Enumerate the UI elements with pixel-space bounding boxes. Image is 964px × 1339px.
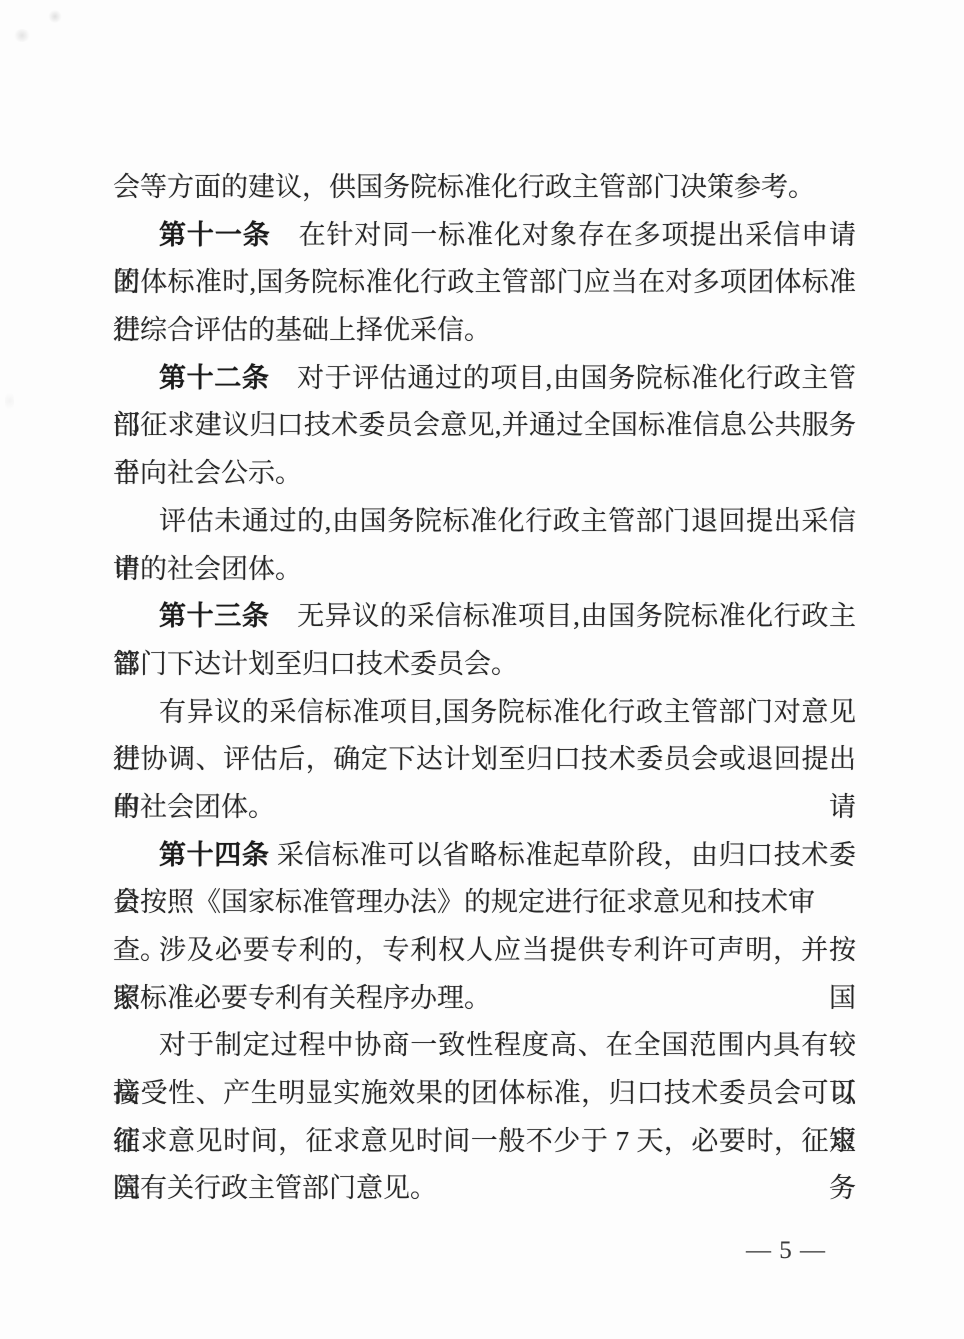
scan-artifact xyxy=(13,29,31,42)
text-line: 第十二条 对于评估通过的项目,由国务院标准化行政主管部 xyxy=(113,355,856,403)
text-line: 门征求建议归口技术委员会意见,并通过全国标准信息公共服务平 xyxy=(113,402,856,450)
text-line: 行协调、评估后，确定下达计划至归口技术委员会或退回提出申请 xyxy=(113,736,856,784)
text-line: 接受性、产生明显实施效果的团体标准，归口技术委员会可以缩短 xyxy=(113,1070,856,1118)
text-line: 行综合评估的基础上择优采信。 xyxy=(113,307,856,355)
text-line: 团体标准时,国务院标准化行政主管部门应当在对多项团体标准进 xyxy=(113,259,856,307)
text-line: 评估未通过的,由国务院标准化行政主管部门退回提出采信申 xyxy=(113,498,856,546)
article-number: 第十一条 xyxy=(159,220,271,250)
document-page: 会等方面的建议，供国务院标准化行政主管部门决策参考。第十一条 在针对同一标准化对… xyxy=(0,0,964,1339)
text-line: 对于制定过程中协商一致性程度高、在全国范围内具有较高可 xyxy=(113,1022,856,1070)
text-line: 第十三条 无异议的采信标准项目,由国务院标准化行政主管 xyxy=(113,593,856,641)
text-line: 会按照《国家标准管理办法》的规定进行征求意见和技术审查。 xyxy=(113,879,856,927)
text-line: 台向社会公示。 xyxy=(113,450,856,498)
article-number: 第十三条 xyxy=(159,601,269,631)
article-number: 第十四条 xyxy=(159,840,269,870)
text-line: 涉及必要专利的，专利权人应当提供专利许可声明，并按照国 xyxy=(113,927,856,975)
text-line: 有异议的采信标准项目,国务院标准化行政主管部门对意见进 xyxy=(113,689,856,737)
text-line: 第十一条 在针对同一标准化对象存在多项提出采信申请的 xyxy=(113,212,856,260)
text-line: 部门下达计划至归口技术委员会。 xyxy=(113,641,856,689)
scan-artifact xyxy=(5,390,14,412)
text-line: 征求意见时间，征求意见时间一般不少于 7 天，必要时，征求国务 xyxy=(113,1118,856,1166)
text-line: 会等方面的建议，供国务院标准化行政主管部门决策参考。 xyxy=(113,164,856,212)
text-line: 请的社会团体。 xyxy=(113,546,856,594)
page-number: — 5 — xyxy=(736,1237,836,1265)
article-number: 第十二条 xyxy=(159,363,269,393)
document-body: 会等方面的建议，供国务院标准化行政主管部门决策参考。第十一条 在针对同一标准化对… xyxy=(113,164,856,1213)
scan-artifact xyxy=(48,10,62,23)
text-line: 第十四条 采信标准可以省略标准起草阶段，由归口技术委员 xyxy=(113,832,856,880)
